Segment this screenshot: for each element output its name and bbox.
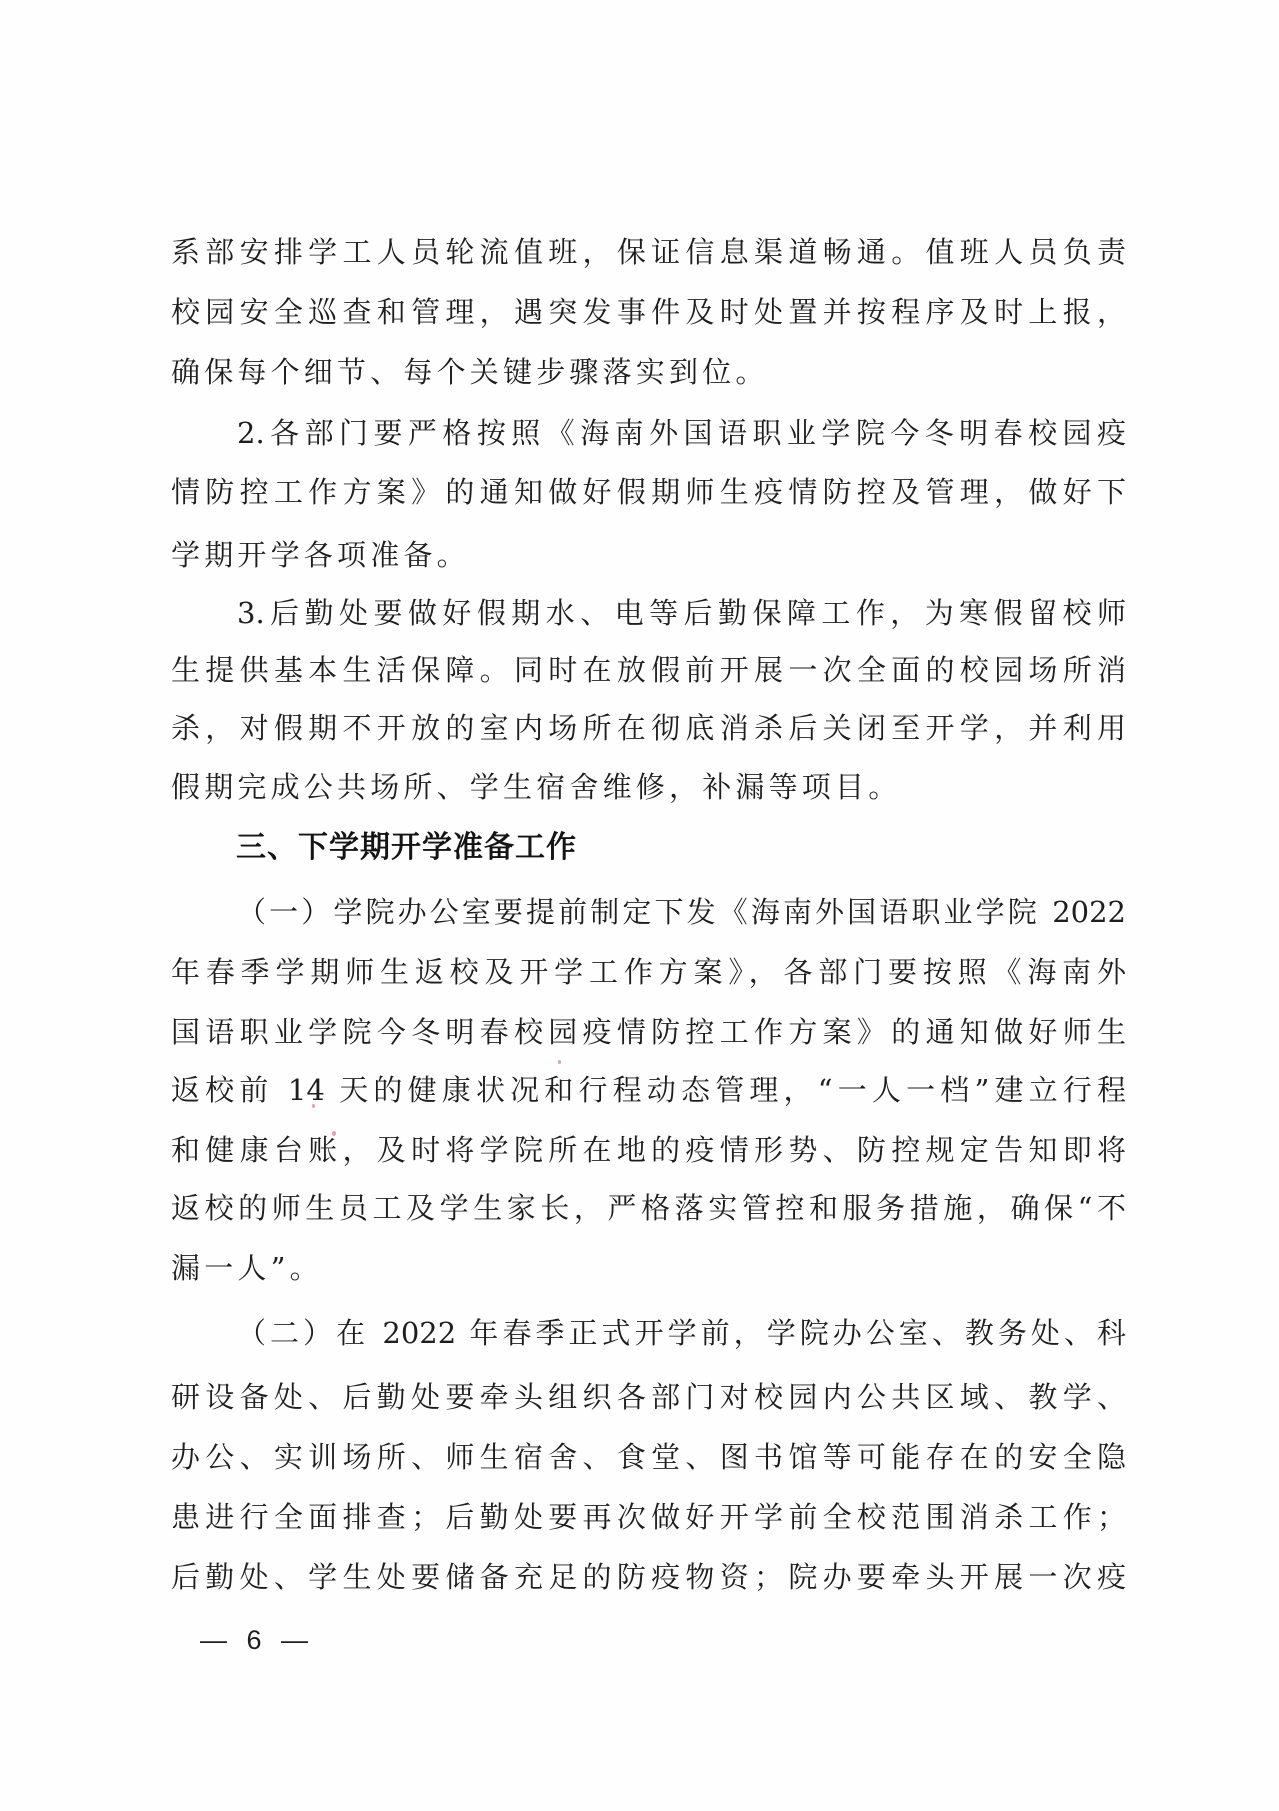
- paragraph-line: 患进行全面排查；后勤处要再次做好开学前全校范围消杀工作；: [171, 1497, 1126, 1537]
- paragraph-line: 返校的师生员工及学生家长，严格落实管控和服务措施，确保“不: [171, 1188, 1126, 1228]
- page-number: — 6 —: [200, 1622, 314, 1658]
- paragraph-line: 学期开学各项准备。: [171, 535, 1126, 575]
- paragraph-line: 生提供基本生活保障。同时在放假前开展一次全面的校园场所消: [171, 650, 1126, 690]
- paragraph-line: 校园安全巡查和管理，遇突发事件及时处置并按程序及时上报，: [171, 292, 1126, 332]
- paragraph-line-item-3: 3.后勤处要做好假期水、电等后勤保障工作，为寒假留校师: [237, 593, 1126, 633]
- section-heading: 三、下学期开学准备工作: [236, 827, 577, 869]
- paragraph-line: 漏一人”。: [171, 1248, 1126, 1288]
- scan-artifact-mark: [332, 1131, 336, 1136]
- paragraph-line: 情防控工作方案》的通知做好假期师生疫情防控及管理，做好下: [171, 472, 1126, 512]
- paragraph-line-subsection-2: （二）在 2022 年春季正式开学前，学院办公室、教务处、科: [237, 1313, 1126, 1353]
- paragraph-line: 确保每个细节、每个关键步骤落实到位。: [171, 352, 1126, 392]
- paragraph-line: 和健康台账，及时将学院所在地的疫情形势、防控规定告知即将: [171, 1130, 1126, 1170]
- paragraph-line: 假期完成公共场所、学生宿舍维修，补漏等项目。: [171, 767, 1126, 807]
- paragraph-line-item-2: 2.各部门要严格按照《海南外国语职业学院今冬明春校园疫: [237, 413, 1126, 453]
- paragraph-line: 系部安排学工人员轮流值班，保证信息渠道畅通。值班人员负责: [171, 232, 1126, 272]
- paragraph-line: 年春季学期师生返校及开学工作方案》，各部门要按照《海南外: [171, 952, 1126, 992]
- scan-artifact-mark: [312, 1104, 315, 1108]
- paragraph-line: 办公、实训场所、师生宿舍、食堂、图书馆等可能存在的安全隐: [171, 1437, 1126, 1477]
- document-page: 系部安排学工人员轮流值班，保证信息渠道畅通。值班人员负责 校园安全巡查和管理，遇…: [0, 0, 1279, 1811]
- paragraph-line-subsection-1: （一）学院办公室要提前制定下发《海南外国语职业学院 2022: [237, 892, 1126, 932]
- paragraph-line: 研设备处、后勤处要牵头组织各部门对校园内公共区域、教学、: [171, 1377, 1126, 1417]
- paragraph-line: 国语职业学院今冬明春校园疫情防控工作方案》的通知做好师生: [171, 1012, 1126, 1052]
- paragraph-line: 后勤处、学生处要储备充足的防疫物资；院办要牵头开展一次疫: [171, 1557, 1126, 1597]
- scan-artifact-mark: [558, 1060, 561, 1064]
- paragraph-line: 杀，对假期不开放的室内场所在彻底消杀后关闭至开学，并利用: [171, 708, 1126, 748]
